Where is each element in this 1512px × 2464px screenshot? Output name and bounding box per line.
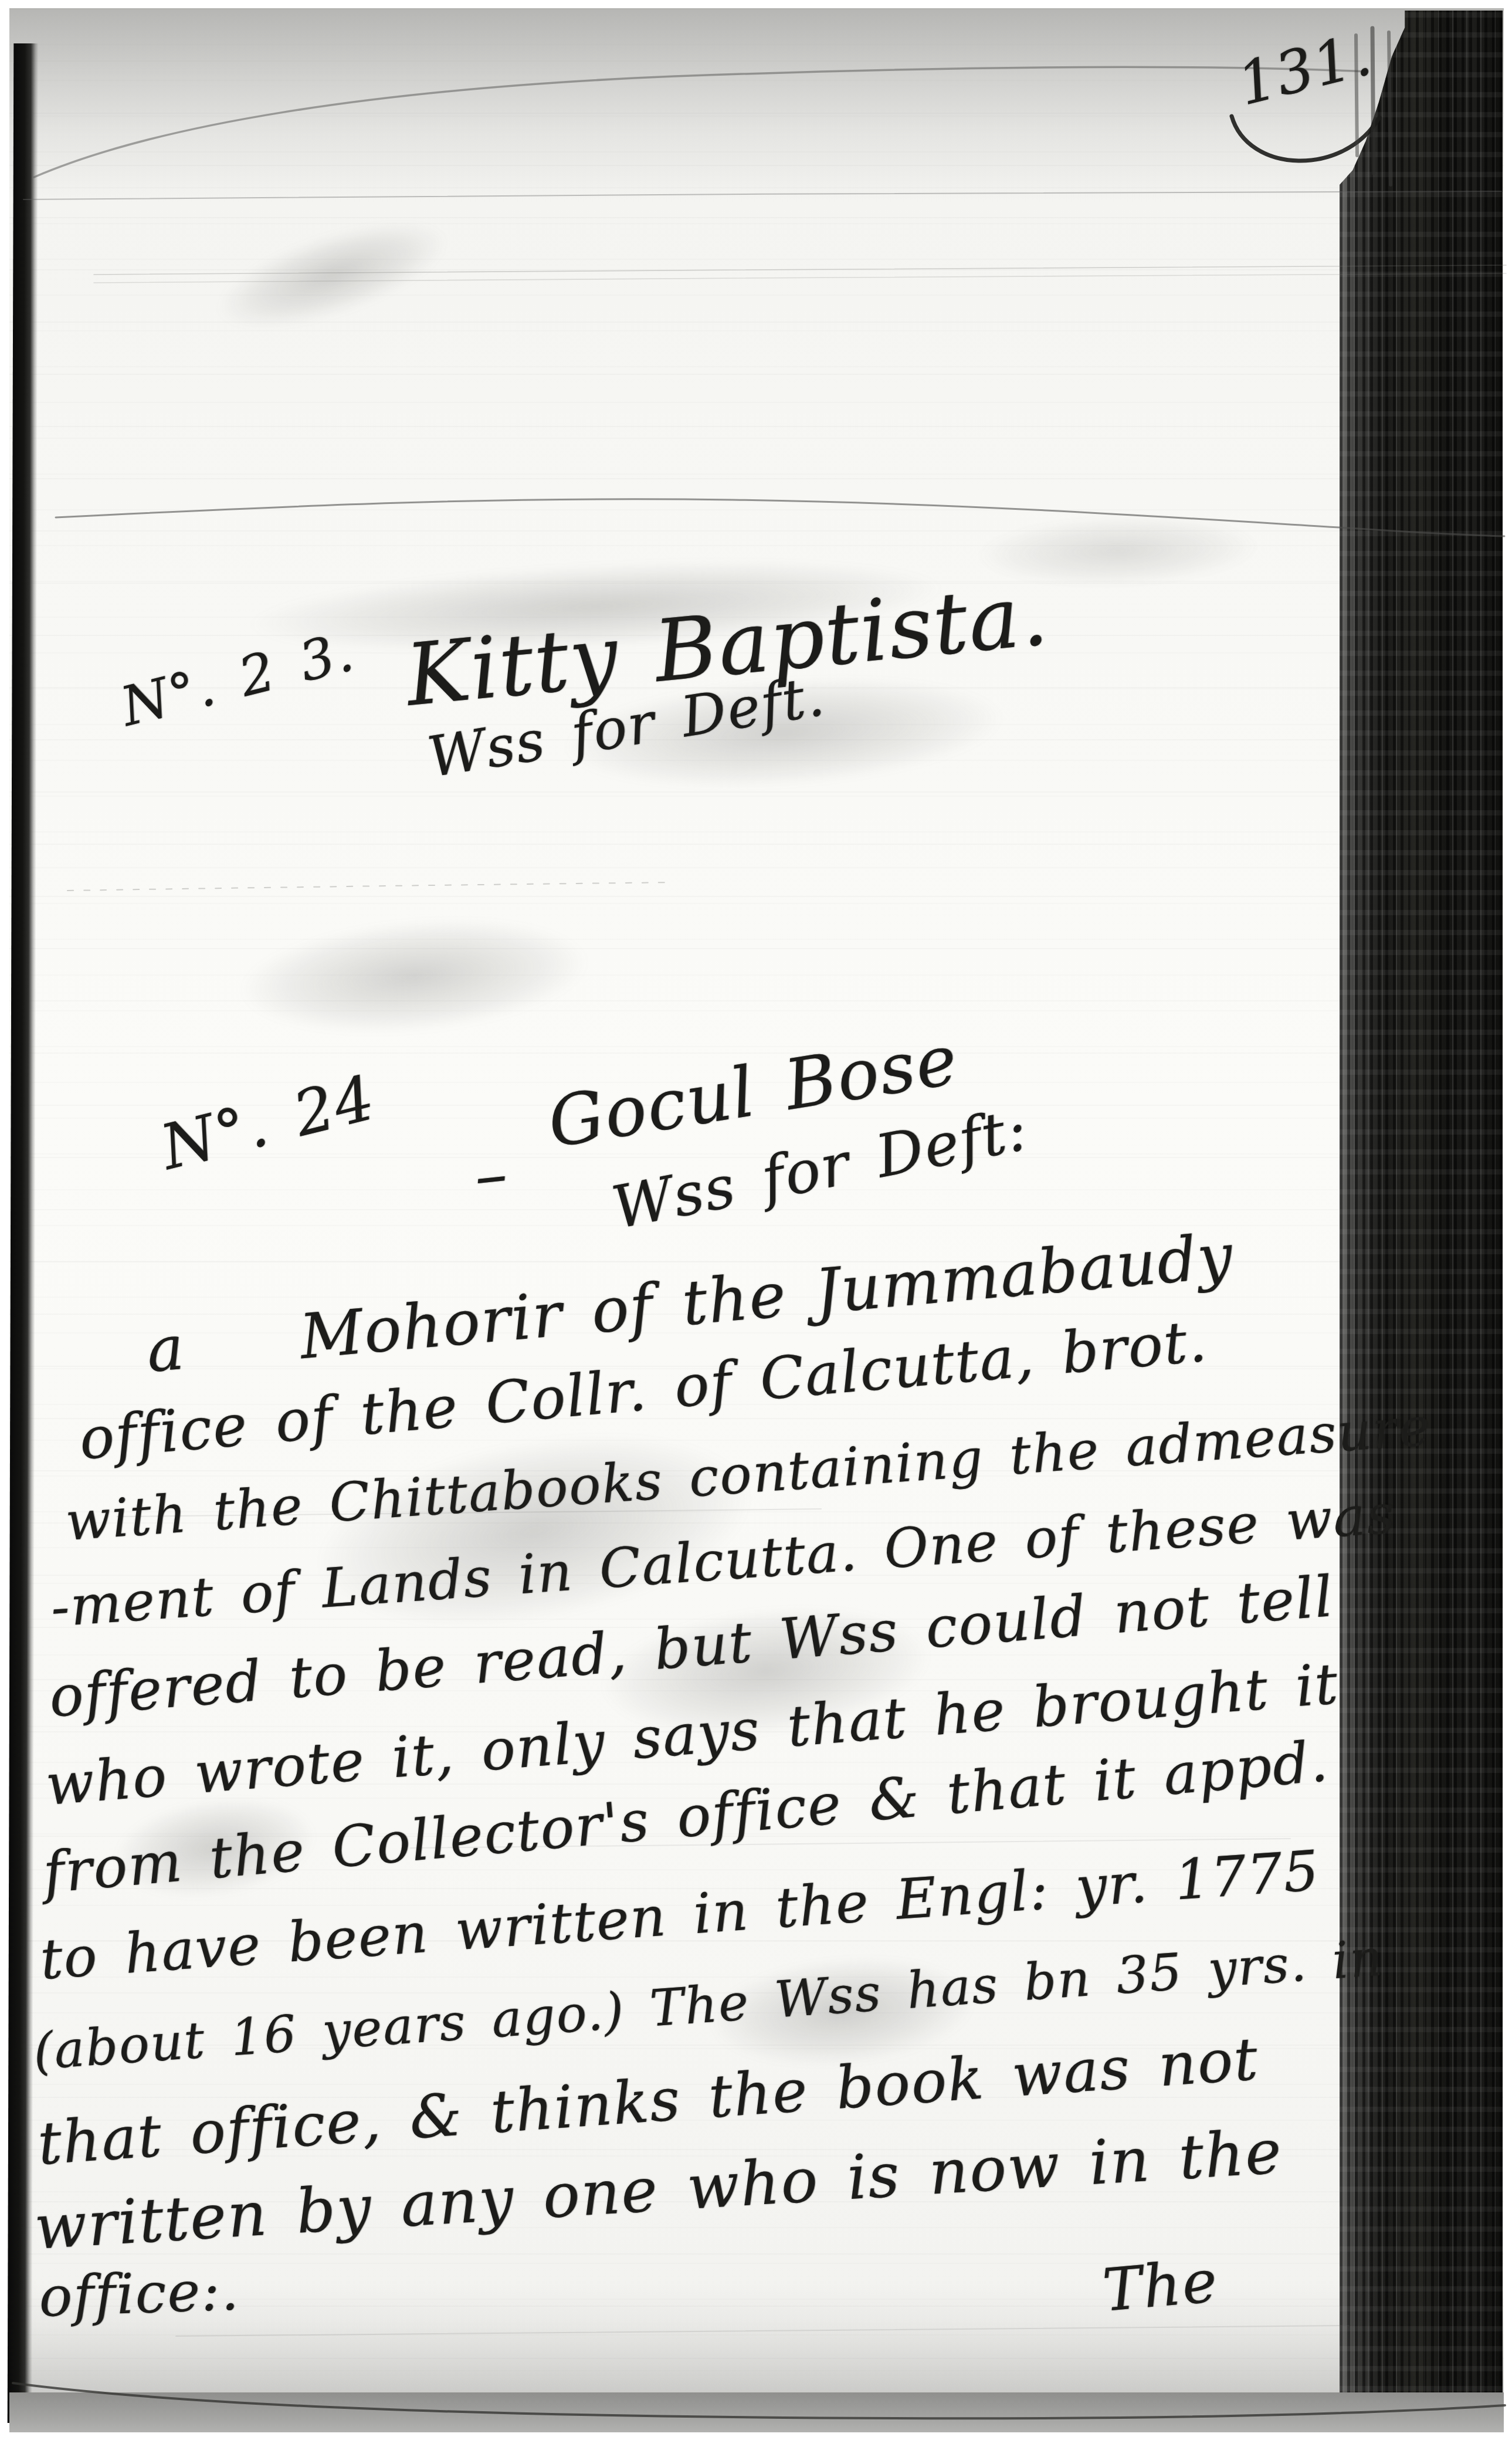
entry-24-separator: –: [472, 1141, 511, 1209]
page-edge-streak: [1372, 28, 1374, 173]
faint-dotted-line: [67, 882, 674, 891]
ruled-line: [23, 191, 1501, 199]
page-edge-streak: [1389, 32, 1391, 185]
faint-line: [176, 2326, 1349, 2336]
ruled-line: [94, 265, 1506, 275]
top-crease-line: [34, 67, 1367, 177]
manuscript-scan: 131. N°. 2 3. Kitty Baptista. Wss for De…: [0, 0, 1512, 2464]
wavy-crease-line: [56, 499, 1504, 536]
deposition-line: office:.: [38, 2263, 240, 2326]
catchword: The: [1100, 2252, 1220, 2320]
ruled-line: [94, 273, 1506, 283]
bottom-crease-line: [13, 2383, 1505, 2418]
